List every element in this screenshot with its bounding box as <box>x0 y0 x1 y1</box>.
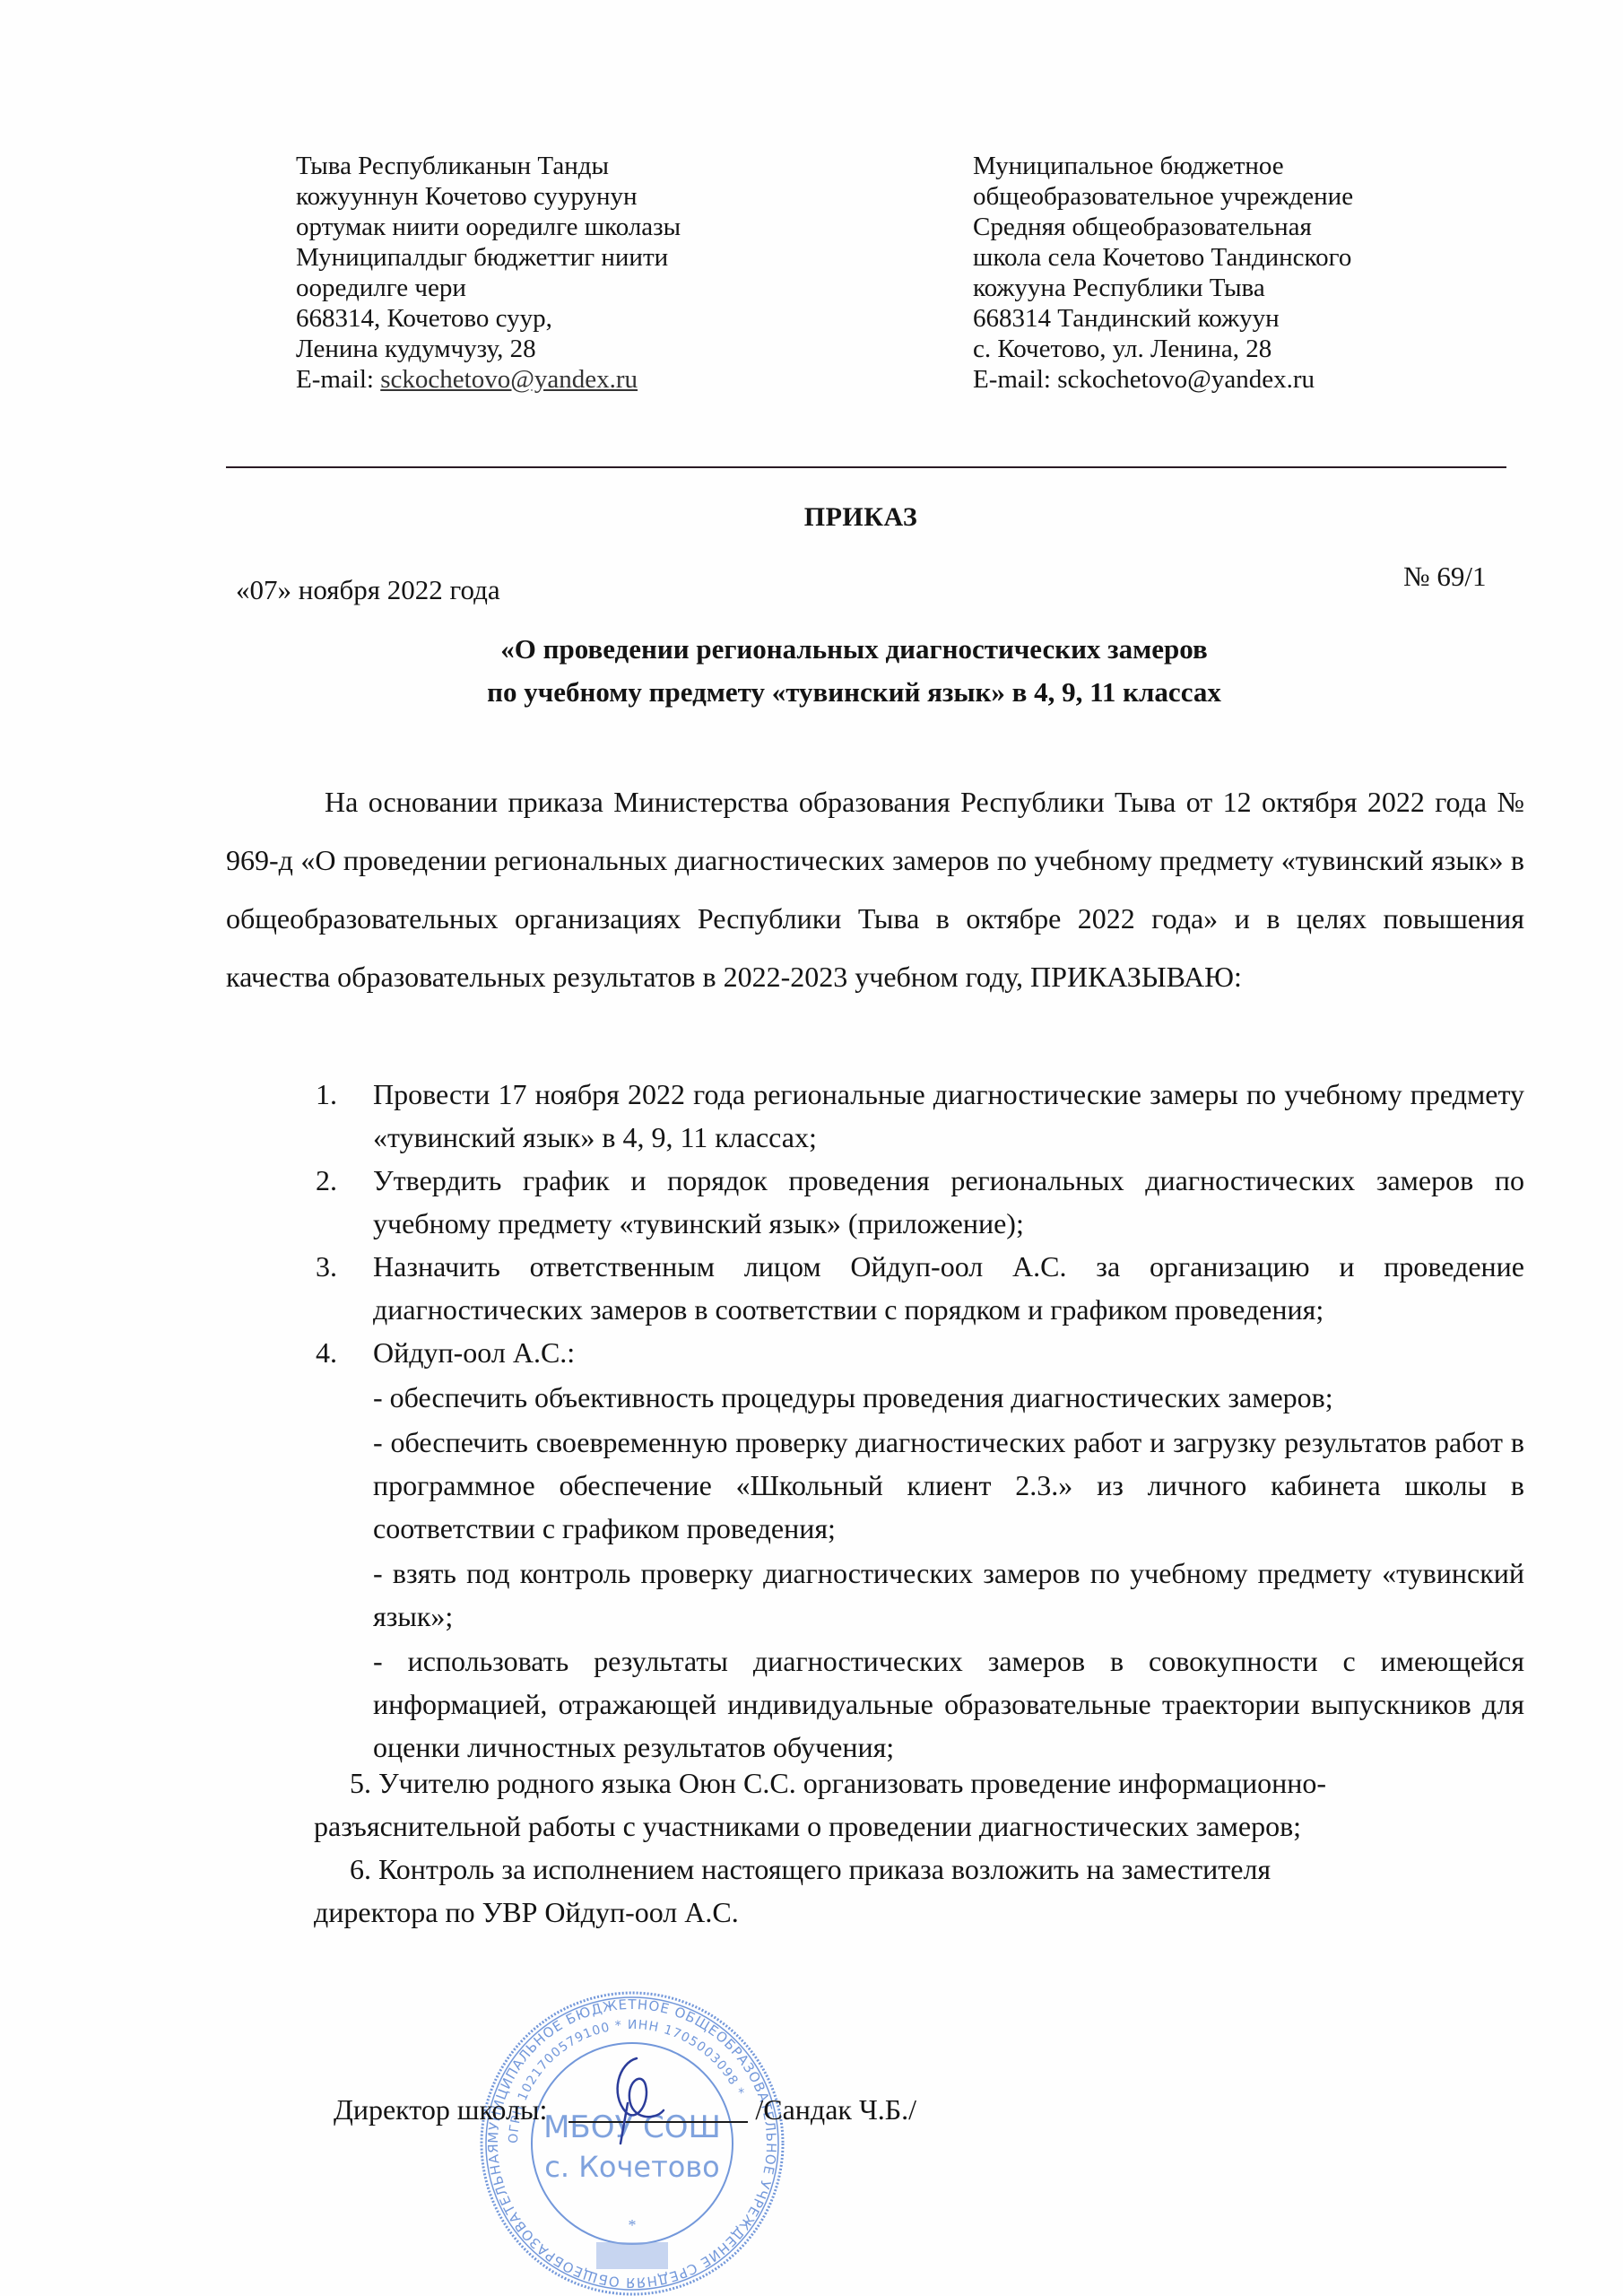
subject-line: «О проведении региональных диагностическ… <box>85 628 1623 671</box>
item-number: 3. <box>316 1245 337 1288</box>
email-label: E-mail: <box>296 365 380 394</box>
email-link[interactable]: sckochetovo@yandex.ru <box>380 365 638 394</box>
signature-position: Директор школы: <box>334 2093 547 2126</box>
letterhead-line: общеобразовательное учреждение <box>973 181 1529 212</box>
item-number: 4. <box>316 1331 337 1374</box>
document-type-title: ПРИКАЗ <box>0 502 1623 533</box>
letterhead-russian: Муниципальное бюджетное общеобразователь… <box>973 151 1529 395</box>
signature-scribble-icon <box>601 2049 673 2148</box>
letterhead-line: ортумак ниити ооредилге школазы <box>296 212 852 242</box>
item-text: Ойдуп-оол А.С.: <box>373 1336 575 1369</box>
order-item: 3. Назначить ответственным лицом Ойдуп-о… <box>316 1245 1524 1331</box>
item-number: 2. <box>316 1159 337 1202</box>
document-number: № 69/1 <box>1403 561 1486 593</box>
letterhead-line: школа села Кочетово Тандинского <box>973 242 1529 273</box>
item-text-second-line: директора по УВР Ойдуп-оол А.С. <box>314 1891 1524 1934</box>
stamp-center-line-2: с. Кочетово <box>544 2150 719 2184</box>
letterhead-line: кожууннун Кочетово суурунун <box>296 181 852 212</box>
letterhead-email-line: E-mail: sckochetovo@yandex.ru <box>973 364 1529 395</box>
document-subject: «О проведении региональных диагностическ… <box>0 628 1623 714</box>
order-item: 2. Утвердить график и порядок проведения… <box>316 1159 1524 1245</box>
order-item: 1. Провести 17 ноября 2022 года регионал… <box>316 1073 1524 1159</box>
order-item-6: 6. Контроль за исполнением настоящего пр… <box>339 1848 1524 1934</box>
item-text: Утвердить график и порядок проведения ре… <box>373 1164 1524 1239</box>
signature-name: /Сандак Ч.Б./ <box>755 2093 916 2126</box>
sub-item: - обеспечить своевременную проверку диаг… <box>373 1421 1524 1550</box>
sub-item: - обеспечить объективность процедуры про… <box>373 1376 1524 1419</box>
order-items-list: 1. Провести 17 ноября 2022 года регионал… <box>316 1073 1524 1769</box>
letterhead-divider <box>226 466 1506 468</box>
document-date: «07» ноября 2022 года <box>236 574 500 606</box>
item-text-second-line: разъяснительной работы с участниками о п… <box>314 1805 1524 1848</box>
order-item: 4. Ойдуп-оол А.С.: - обеспечить объектив… <box>316 1331 1524 1769</box>
letterhead-tuvan: Тыва Республиканын Танды кожууннун Кочет… <box>296 151 852 395</box>
item-text: Назначить ответственным лицом Ойдуп-оол … <box>373 1250 1524 1326</box>
letterhead-email-line: E-mail: sckochetovo@yandex.ru <box>296 364 852 395</box>
item-number: 1. <box>316 1073 337 1116</box>
letterhead-line: 668314, Кочетово суур, <box>296 303 852 334</box>
letterhead-line: Тыва Республиканын Танды <box>296 151 852 181</box>
item-text: Провести 17 ноября 2022 года региональны… <box>373 1078 1524 1153</box>
letterhead-line: Муниципалдыг бюджеттиг ниити <box>296 242 852 273</box>
order-item-5: 5. Учителю родного языка Оюн С.С. органи… <box>339 1761 1524 1848</box>
letterhead-line: Средняя общеобразовательная <box>973 212 1529 242</box>
letterhead-line: кожууна Республики Тыва <box>973 273 1529 303</box>
letterhead-line: 668314 Тандинский кожуун <box>973 303 1529 334</box>
letterhead-line: ооредилге чери <box>296 273 852 303</box>
letterhead-line: с. Кочетово, ул. Ленина, 28 <box>973 334 1529 364</box>
item-text-first-line: 5. Учителю родного языка Оюн С.С. органи… <box>350 1767 1326 1799</box>
letterhead-line: Ленина кудумчузу, 28 <box>296 334 852 364</box>
sub-item: - взять под контроль проверку диагностич… <box>373 1552 1524 1638</box>
letterhead-line: Муниципальное бюджетное <box>973 151 1529 181</box>
sub-item: - использовать результаты диагностически… <box>373 1639 1524 1769</box>
preamble-paragraph: На основании приказа Министерства образо… <box>226 773 1524 1006</box>
item-text-first-line: 6. Контроль за исполнением настоящего пр… <box>350 1853 1271 1885</box>
svg-text:*: * <box>629 2216 637 2234</box>
document-page: Тыва Республиканын Танды кожууннун Кочет… <box>0 0 1623 2296</box>
subject-line: по учебному предмету «тувинский язык» в … <box>85 671 1623 714</box>
